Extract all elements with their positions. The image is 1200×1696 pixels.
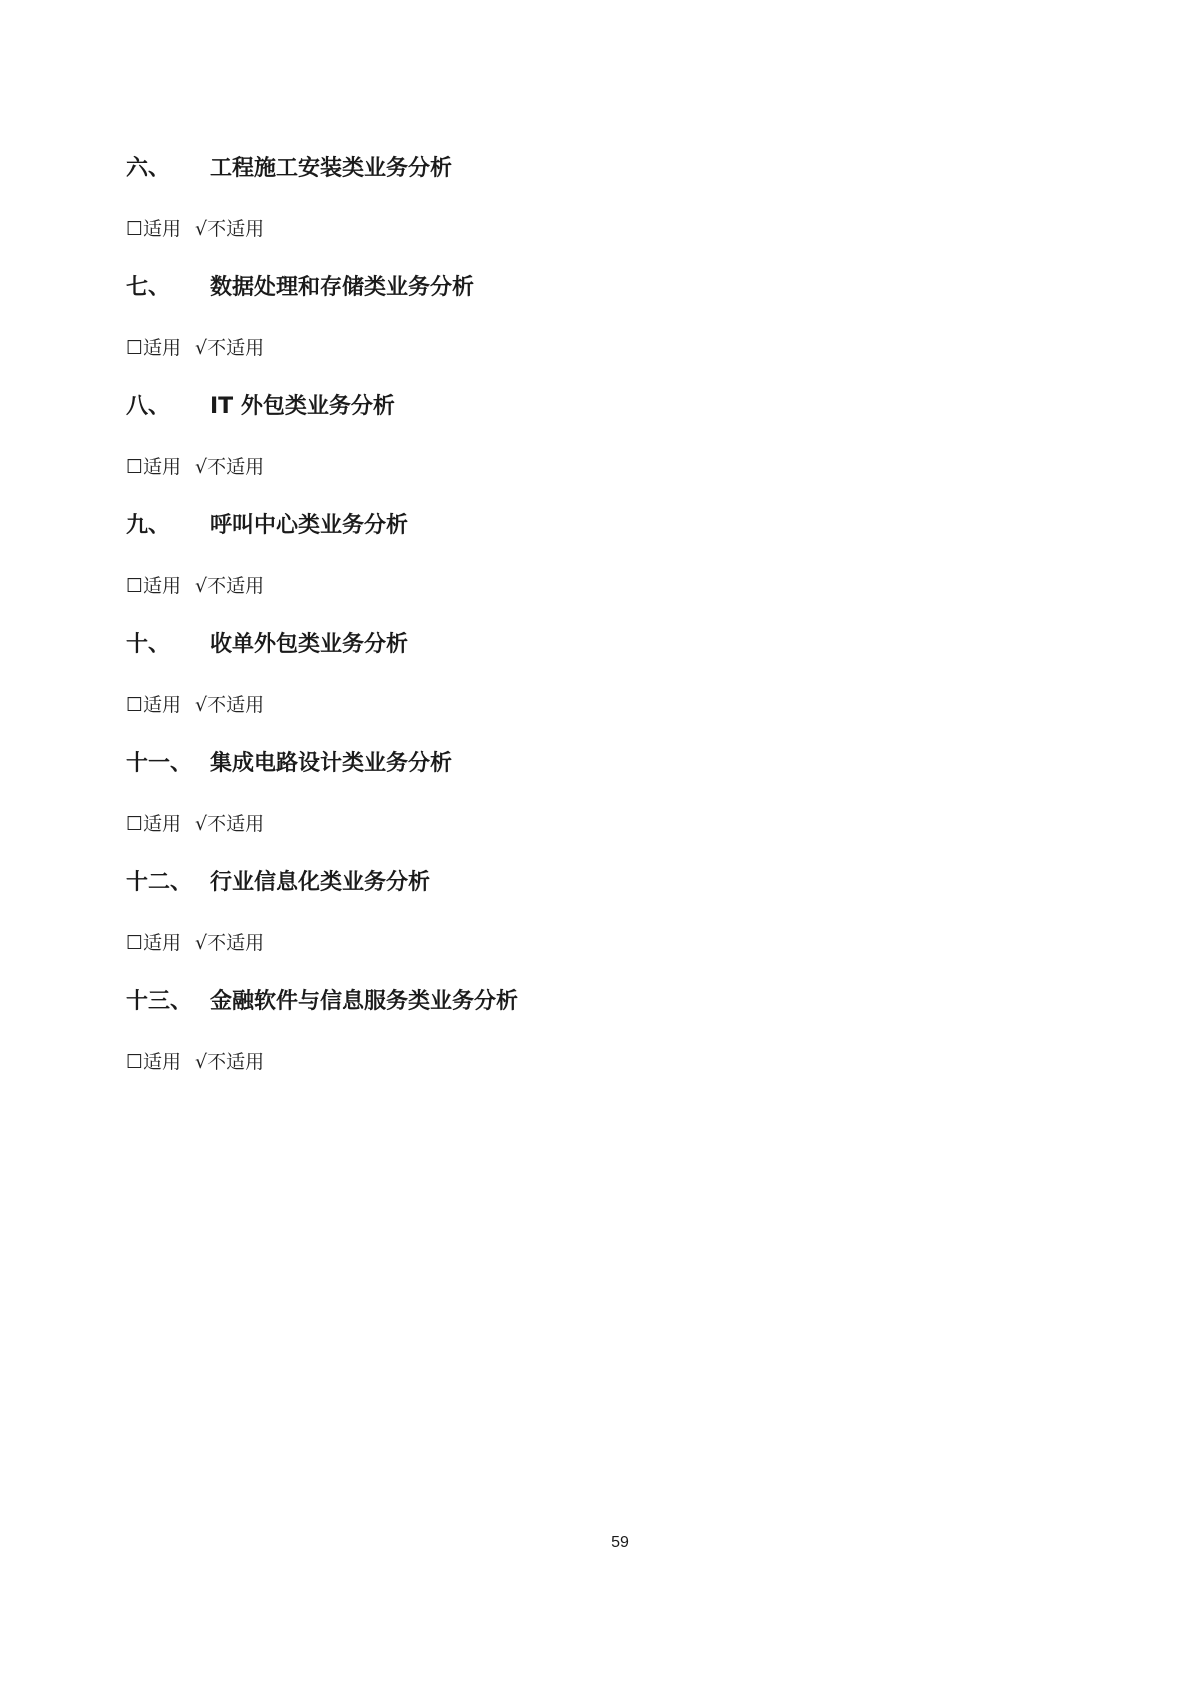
section-title: 收单外包类业务分析 <box>210 630 408 660</box>
applicability-status: ☐适用√不适用 <box>126 1049 264 1075</box>
not-applicable-option: √不适用 <box>195 811 264 837</box>
applicable-option: ☐适用 <box>126 1049 181 1075</box>
section-title: 工程施工安装类业务分析 <box>210 154 452 184</box>
not-applicable-option: √不适用 <box>195 692 264 718</box>
not-applicable-option: √不适用 <box>195 216 264 242</box>
applicability-status: ☐适用√不适用 <box>126 930 264 956</box>
applicability-status: ☐适用√不适用 <box>126 454 264 480</box>
page-number: 59 <box>600 1534 640 1552</box>
applicability-status: ☐适用√不适用 <box>126 811 264 837</box>
applicability-status: ☐适用√不适用 <box>126 573 264 599</box>
not-applicable-option: √不适用 <box>195 454 264 480</box>
section-number: 六、 <box>126 154 170 184</box>
section-title: 金融软件与信息服务类业务分析 <box>210 987 518 1017</box>
applicable-option: ☐适用 <box>126 216 181 242</box>
applicability-status: ☐适用√不适用 <box>126 692 264 718</box>
section-number: 十、 <box>126 630 170 660</box>
applicable-option: ☐适用 <box>126 811 181 837</box>
section-title: IT 外包类业务分析 <box>210 392 395 422</box>
section-number: 七、 <box>126 273 170 303</box>
not-applicable-option: √不适用 <box>195 335 264 361</box>
applicable-option: ☐适用 <box>126 930 181 956</box>
applicable-option: ☐适用 <box>126 335 181 361</box>
applicability-status: ☐适用√不适用 <box>126 335 264 361</box>
section-title: 呼叫中心类业务分析 <box>210 511 408 541</box>
section-number: 十一、 <box>126 749 192 779</box>
section-number: 十二、 <box>126 868 192 898</box>
section-number: 十三、 <box>126 987 192 1017</box>
section-title: 集成电路设计类业务分析 <box>210 749 452 779</box>
not-applicable-option: √不适用 <box>195 930 264 956</box>
section-number: 八、 <box>126 392 170 422</box>
applicable-option: ☐适用 <box>126 454 181 480</box>
section-title: 行业信息化类业务分析 <box>210 868 430 898</box>
section-title: 数据处理和存储类业务分析 <box>210 273 474 303</box>
not-applicable-option: √不适用 <box>195 573 264 599</box>
applicable-option: ☐适用 <box>126 692 181 718</box>
applicability-status: ☐适用√不适用 <box>126 216 264 242</box>
section-number: 九、 <box>126 511 170 541</box>
applicable-option: ☐适用 <box>126 573 181 599</box>
not-applicable-option: √不适用 <box>195 1049 264 1075</box>
